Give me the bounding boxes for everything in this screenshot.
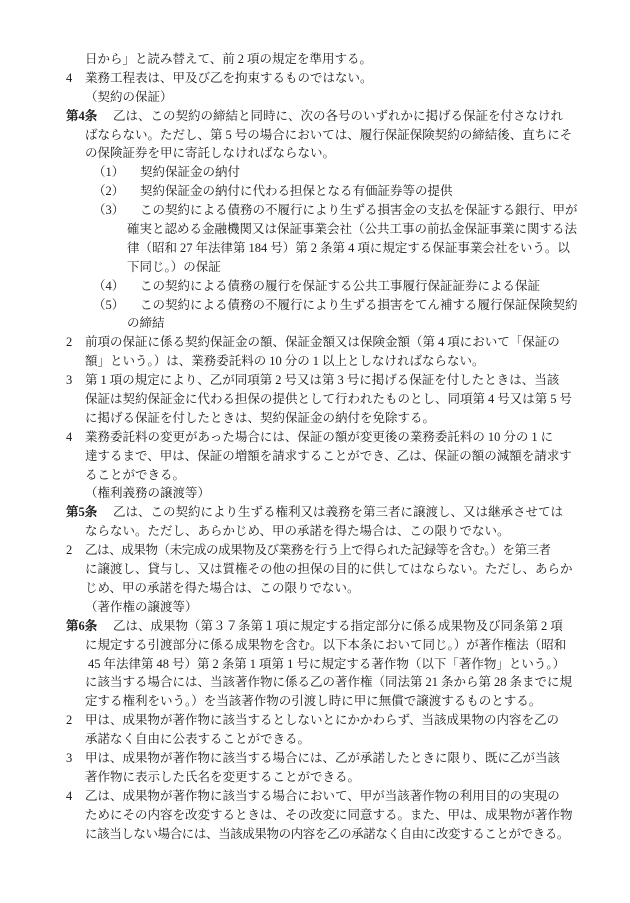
inline-number: 10 <box>488 430 501 444</box>
line-text: 保証は契約保証金に代わる担保の提供として行われたものとし、同項第4号又は第5号 <box>85 392 572 406</box>
line-text: 業務委託料の変更があった場合には、保証の額が変更後の業務委託料の10分の1に <box>85 430 553 444</box>
inline-number: 27 <box>180 241 193 255</box>
line-text: 定する権利をいう。）を当該著作物の引渡し時に甲に無償で譲渡するものとする。 <box>85 694 541 708</box>
line-text: 律（昭和27年法律第184号）第2条第4項に規定する保証事業会社をいう。以 <box>127 241 570 255</box>
document-line: ためにその内容を改変するときは、その改変に同意する。また、甲は、成果物が著作物 <box>66 806 570 825</box>
contract-document: 日から」と読み替えて、前2項の規定を準用する。4業務工程表は、甲及び乙を拘束する… <box>0 0 630 843</box>
inline-number: 1 <box>313 354 319 368</box>
document-line: ならない。ただし、あらかじめ、甲の承諾を得た場合は、この限りでない。 <box>66 522 570 541</box>
line-text: ることができる。 <box>85 468 185 482</box>
document-line: （権利義務の譲渡等） <box>66 484 570 503</box>
item-number: （5） <box>93 296 140 315</box>
document-line: 第5条乙は、この契約により生ずる権利又は義務を第三者に譲渡し、又は継承させては <box>66 503 570 522</box>
line-text: 乙は、成果物が著作物に該当する場合において、甲が当該著作物の利用目的の実現の <box>85 789 560 803</box>
document-line: 律（昭和27年法律第184号）第2条第4項に規定する保証事業会社をいう。以 <box>66 239 570 258</box>
inline-number: 4 <box>348 241 354 255</box>
article-number: 第4条 <box>66 107 113 126</box>
inline-number: 2 <box>275 373 281 387</box>
document-line: 3第1項の規定により、乙が同項第2号又は第3号に掲げる保証を付したときは、当該 <box>66 371 570 390</box>
inline-number: 2 <box>213 657 219 671</box>
paragraph-number: 2 <box>66 711 85 730</box>
line-text: この契約による債務の不履行により生ずる損害金の支払を保証する銀行、甲が <box>140 203 578 217</box>
line-text: 甲は、成果物が著作物に該当するとしないとにかかわらず、当該成果物の内容を乙の <box>85 713 559 727</box>
inline-number: 4 <box>488 392 494 406</box>
document-line: 第6条乙は、成果物（第３７条第１項に規定する指定部分に係る成果物及び同条第2項 <box>66 617 570 636</box>
line-text: に規定する引渡部分に係る成果物を含む。以下本条において同じ。）が著作権法（昭和 <box>85 638 566 652</box>
inline-number: 4 <box>438 335 444 349</box>
paragraph-number: 4 <box>66 787 85 806</box>
inline-number: 2 <box>541 619 547 633</box>
line-text: 承諾なく自由に公表することができる。 <box>85 732 310 746</box>
line-text: 達するまで、甲は、保証の増額を請求することができ、乙は、保証の額の減額を請求す <box>85 449 572 463</box>
line-text: 下同じ。）の保証 <box>127 260 221 274</box>
line-text: 乙は、成果物（未完成の成果物及び業務を行う上で得られた記録等を含む。）を第三者 <box>85 543 551 557</box>
line-text: 乙は、この契約の締結と同時に、次の各号のいずれかに掲げる保証を付さなけれ <box>113 109 563 123</box>
line-text: 乙は、この契約により生ずる権利又は義務を第三者に譲渡し、又は継承させては <box>113 505 563 519</box>
inline-number: 1 <box>287 657 293 671</box>
document-line: に掲げる保証を付したときは、契約保証金の納付を免除する。 <box>66 409 570 428</box>
document-line: （2）契約保証金の納付に代わる担保となる有価証券等の提供 <box>66 182 570 201</box>
line-text: 額」という。）は、業務委託料の10分の1以上としなければならない。 <box>85 354 485 368</box>
line-text: この契約による債務の不履行により生ずる損害をてん補する履行保証保険契約 <box>140 298 578 312</box>
line-text: ためにその内容を改変するときは、その改変に同意する。また、甲は、成果物が著作物 <box>85 808 573 822</box>
inline-number: 1 <box>101 373 107 387</box>
line-text: （権利義務の譲渡等） <box>85 486 210 500</box>
item-number: （3） <box>93 201 140 220</box>
document-line: に譲渡し、貸与し、又は質権その他の担保の目的に供してはならない。ただし、あらか <box>66 560 570 579</box>
paragraph-number: 3 <box>66 371 85 390</box>
line-text: じめ、甲の承諾を得た場合は、この限りでない。 <box>85 581 360 595</box>
document-line: に規定する引渡部分に係る成果物を含む。以下本条において同じ。）が著作権法（昭和 <box>66 636 570 655</box>
document-line: 2前項の保証に係る契約保証金の額、保証金額又は保険金額（第4項において「保証の <box>66 333 570 352</box>
document-line: 承諾なく自由に公表することができる。 <box>66 730 570 749</box>
document-line: 2乙は、成果物（未完成の成果物及び業務を行う上で得られた記録等を含む。）を第三者 <box>66 541 570 560</box>
document-line: （5）この契約による債務の不履行により生ずる損害をてん補する履行保証保険契約 <box>66 296 570 315</box>
document-line: （4）この契約による債務の履行を保証する公共工事履行保証証券による保証 <box>66 277 570 296</box>
document-line: （1）契約保証金の納付 <box>66 163 570 182</box>
line-text: この契約による債務の履行を保証する公共工事履行保証証券による保証 <box>140 279 540 293</box>
inline-number: 3 <box>338 373 344 387</box>
document-line: 達するまで、甲は、保証の増額を請求することができ、乙は、保証の額の減額を請求す <box>66 447 570 466</box>
line-text: 確実と認める金融機関又は保証事業会社（公共工事の前払金保証事業に関する法 <box>127 222 577 236</box>
document-line: （3）この契約による債務の不履行により生ずる損害金の支払を保証する銀行、甲が <box>66 201 570 220</box>
document-line: ることができる。 <box>66 466 570 485</box>
document-line: 額」という。）は、業務委託料の10分の1以上としなければならない。 <box>66 352 570 371</box>
document-line: の締結 <box>66 314 570 333</box>
line-text: ばならない。ただし、第5号の場合においては、履行保証保険契約の締結後、直ちにそ <box>85 128 572 142</box>
line-text: に該当しない場合には、当該成果物の内容を乙の承諾なく自由に改変することができる。 <box>85 827 569 841</box>
inline-number: 1 <box>250 657 256 671</box>
document-line: 4業務工程表は、甲及び乙を拘束するものではない。 <box>66 69 570 88</box>
line-text: （著作権の譲渡等） <box>85 600 198 614</box>
line-text: ならない。ただし、あらかじめ、甲の承諾を得た場合は、この限りでない。 <box>85 524 510 538</box>
line-text: 日から」と読み替えて、前2項の規定を準用する。 <box>85 52 372 66</box>
inline-number: 45 <box>88 657 101 671</box>
paragraph-number: 4 <box>66 69 85 88</box>
document-line: ばならない。ただし、第5号の場合においては、履行保証保険契約の締結後、直ちにそ <box>66 126 570 145</box>
document-line: 確実と認める金融機関又は保証事業会社（公共工事の前払金保証事業に関する法 <box>66 220 570 239</box>
document-line: （契約の保証） <box>66 88 570 107</box>
line-text: 甲は、成果物が著作物に該当する場合には、乙が承諾したときに限り、既に乙が当該 <box>85 751 560 765</box>
contract-document-page: 日から」と読み替えて、前2項の規定を準用する。4業務工程表は、甲及び乙を拘束する… <box>0 0 630 903</box>
inline-number: 21 <box>426 675 439 689</box>
line-text: に該当する場合には、当該著作物に係る乙の著作権（同法第21条から第28条までに規 <box>85 675 572 689</box>
inline-number: 28 <box>494 675 507 689</box>
document-line: 日から」と読み替えて、前2項の規定を準用する。 <box>66 50 570 69</box>
line-text: 前項の保証に係る契約保証金の額、保証金額又は保険金額（第4項において「保証の <box>85 335 560 349</box>
line-text: の締結 <box>127 316 165 330</box>
article-number: 第5条 <box>66 503 113 522</box>
document-line: 3甲は、成果物が著作物に該当する場合には、乙が承諾したときに限り、既に乙が当該 <box>66 749 570 768</box>
paragraph-number: 2 <box>66 333 85 352</box>
document-line: の保険証券を甲に寄託しなければならない。 <box>66 144 570 163</box>
paragraph-number: 2 <box>66 541 85 560</box>
article-number: 第6条 <box>66 617 113 636</box>
document-line: 保証は契約保証金に代わる担保の提供として行われたものとし、同項第4号又は第5号 <box>66 390 570 409</box>
item-number: （2） <box>93 182 140 201</box>
document-line: に該当しない場合には、当該成果物の内容を乙の承諾なく自由に改変することができる。 <box>66 825 570 844</box>
line-text: 45年法律第48号）第2条第1項第1号に規定する著作物（以下「著作物」という。） <box>85 657 565 671</box>
line-text: に掲げる保証を付したときは、契約保証金の納付を免除する。 <box>85 411 435 425</box>
document-line: 45年法律第48号）第2条第1項第1号に規定する著作物（以下「著作物」という。） <box>66 655 570 674</box>
line-text: 著作物に表示した氏名を変更することができる。 <box>85 770 360 784</box>
line-text: （契約の保証） <box>85 90 173 104</box>
inline-number: 5 <box>226 128 232 142</box>
inline-number: 2 <box>238 52 244 66</box>
inline-number: 10 <box>269 354 282 368</box>
document-line: 第4条乙は、この契約の締結と同時に、次の各号のいずれかに掲げる保証を付さなけれ <box>66 107 570 126</box>
line-text: 第1項の規定により、乙が同項第2号又は第3号に掲げる保証を付したときは、当該 <box>85 373 559 387</box>
item-number: （4） <box>93 277 140 296</box>
inline-number: 1 <box>531 430 537 444</box>
line-text: に譲渡し、貸与し、又は質権その他の担保の目的に供してはならない。ただし、あらか <box>85 562 573 576</box>
document-line: に該当する場合には、当該著作物に係る乙の著作権（同法第21条から第28条までに規 <box>66 673 570 692</box>
paragraph-number: 4 <box>66 428 85 447</box>
line-text: 契約保証金の納付に代わる担保となる有価証券等の提供 <box>140 184 453 198</box>
inline-number: 184 <box>249 241 268 255</box>
inline-number: 5 <box>550 392 556 406</box>
inline-number: 2 <box>311 241 317 255</box>
inline-number: 48 <box>157 657 170 671</box>
document-line: じめ、甲の承諾を得た場合は、この限りでない。 <box>66 579 570 598</box>
line-text: の保険証券を甲に寄託しなければならない。 <box>85 146 335 160</box>
document-line: （著作権の譲渡等） <box>66 598 570 617</box>
item-number: （1） <box>93 163 140 182</box>
line-text: 業務工程表は、甲及び乙を拘束するものではない。 <box>85 71 373 85</box>
paragraph-number: 3 <box>66 749 85 768</box>
document-line: 4乙は、成果物が著作物に該当する場合において、甲が当該著作物の利用目的の実現の <box>66 787 570 806</box>
line-text: 乙は、成果物（第３７条第１項に規定する指定部分に係る成果物及び同条第2項 <box>113 619 563 633</box>
document-line: 下同じ。）の保証 <box>66 258 570 277</box>
line-text: 契約保証金の納付 <box>140 165 240 179</box>
document-line: 著作物に表示した氏名を変更することができる。 <box>66 768 570 787</box>
document-line: 定する権利をいう。）を当該著作物の引渡し時に甲に無償で譲渡するものとする。 <box>66 692 570 711</box>
document-line: 4業務委託料の変更があった場合には、保証の額が変更後の業務委託料の10分の1に <box>66 428 570 447</box>
document-line: 2甲は、成果物が著作物に該当するとしないとにかかわらず、当該成果物の内容を乙の <box>66 711 570 730</box>
